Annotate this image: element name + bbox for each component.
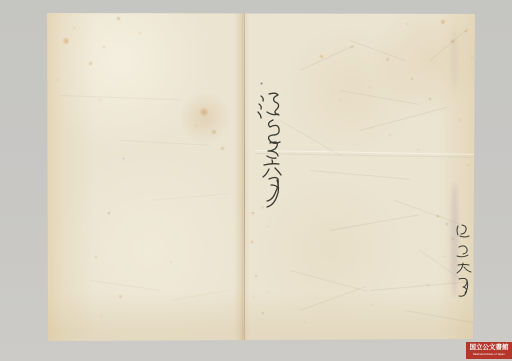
paper-crease — [370, 281, 470, 291]
paper-crease — [405, 310, 484, 325]
foxing-stain — [194, 124, 198, 128]
foxing-stain — [410, 77, 414, 81]
foxing-stain — [102, 45, 106, 49]
foxing-stain — [350, 45, 354, 49]
foxing-stain — [266, 290, 269, 293]
foxing-stain — [405, 22, 409, 26]
paper-crease — [255, 153, 470, 158]
archive-stamp: 国立公文書館 National Archives of Japan — [466, 342, 512, 359]
paper-crease — [300, 45, 355, 71]
foxing-stain — [261, 311, 265, 315]
foxing-stain — [368, 85, 372, 89]
foxing-stain — [436, 214, 440, 218]
foxing-stain — [464, 29, 468, 33]
foxing-stain — [303, 320, 307, 324]
paper-crease — [290, 270, 368, 292]
paper-crease — [280, 120, 341, 156]
paper-crease — [120, 140, 210, 146]
edge-inscription-calligraphy — [457, 225, 471, 296]
foxing-stain — [138, 31, 142, 35]
center-fold-line — [244, 13, 245, 340]
foxing-stain — [450, 39, 455, 44]
foxing-stain — [107, 211, 111, 215]
foxing-stain — [254, 274, 258, 278]
archive-stamp-subtitle-en: National Archives of Japan — [473, 353, 505, 356]
foxing-stain — [88, 61, 93, 66]
paper-crease — [395, 200, 461, 225]
foxing-stain — [385, 57, 390, 62]
paper-crease — [60, 95, 180, 100]
foxing-stain — [370, 303, 374, 307]
foxing-stain — [339, 99, 342, 102]
foxing-stain — [116, 16, 121, 21]
foxing-stain — [250, 240, 254, 244]
foxing-stain — [443, 255, 446, 258]
foxing-stain — [122, 157, 125, 160]
foxing-stain — [55, 78, 59, 82]
foxing-stain — [445, 222, 449, 226]
foxing-stain — [94, 255, 98, 259]
scan-background: 国立公文書館 National Archives of Japan — [0, 0, 512, 361]
paper-sheet — [0, 0, 512, 361]
foxing-stain — [388, 133, 392, 137]
discoloration-streak — [451, 182, 458, 297]
paper-crease — [170, 290, 229, 301]
foxing-stain — [251, 211, 255, 215]
foxing-stain — [99, 315, 103, 319]
paper-crease — [300, 286, 366, 311]
foxing-stain — [98, 98, 102, 102]
foxing-stain — [466, 163, 470, 167]
foxing-stain — [72, 26, 76, 30]
foxing-stain — [211, 129, 217, 135]
paper-crease — [350, 40, 407, 61]
foxing-stain — [428, 97, 432, 101]
center-inscription-calligraphy — [258, 93, 281, 207]
foxing-stain — [267, 225, 270, 228]
paper-crease — [255, 150, 475, 155]
foxing-stain — [449, 309, 452, 312]
archive-stamp-title-jp: 国立公文書館 — [470, 345, 509, 352]
foxing-stain — [470, 56, 474, 60]
foxing-stain — [458, 118, 462, 122]
foxing-stain — [118, 294, 123, 299]
paper-crease — [150, 193, 230, 201]
foxing-stain — [220, 146, 225, 151]
paper-crease — [330, 214, 419, 231]
foxing-stain — [451, 237, 455, 241]
paper-crease — [420, 250, 470, 285]
foxing-stain — [199, 107, 209, 117]
discoloration-streak — [452, 30, 457, 90]
foxing-stain — [426, 283, 430, 287]
paper-crease — [430, 28, 469, 61]
paper-crease — [90, 280, 159, 291]
paper-crease — [340, 90, 419, 105]
foxing-stain — [169, 260, 173, 264]
foxing-stain — [260, 82, 263, 85]
ink-inscriptions — [0, 0, 512, 361]
foxing-stain — [416, 148, 420, 152]
foxing-stain — [62, 37, 70, 45]
paper-crease — [360, 107, 447, 131]
center-fold-stain — [234, 13, 250, 340]
foxing-stain — [319, 54, 324, 59]
foxing-stain — [252, 296, 255, 299]
foxing-stain — [261, 206, 264, 209]
foxing-stain — [440, 19, 446, 25]
paper-crease — [310, 170, 410, 180]
